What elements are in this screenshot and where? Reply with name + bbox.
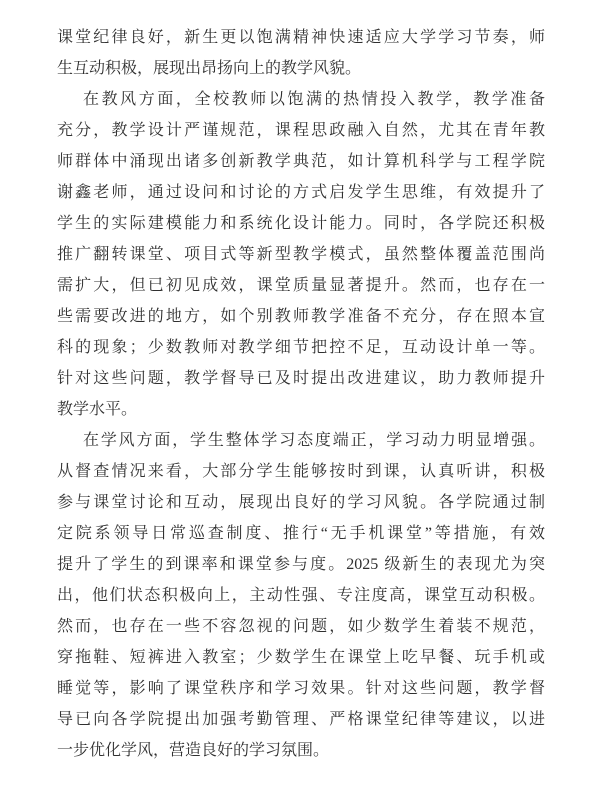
text-line: 学生的实际建模能力和系统化设计能力。同时，各学院还积极 xyxy=(57,208,545,239)
text-line: 生互动积极，展现出昂扬向上的教学风貌。 xyxy=(57,53,545,84)
paragraph: 在教风方面，全校教师以饱满的热情投入教学，教学准备充分，教学设计严谨规范，课程思… xyxy=(57,84,545,425)
text-line: 推广翻转课堂、项目式等新型教学模式，虽然整体覆盖范围尚 xyxy=(57,239,545,270)
text-line: 出，他们状态积极向上，主动性强、专注度高，课堂互动积极。 xyxy=(57,580,545,611)
text-line: 谢鑫老师，通过设问和讨论的方式启发学生思维，有效提升了 xyxy=(57,177,545,208)
text-line: 教学水平。 xyxy=(57,394,545,425)
text-line: 在学风方面，学生整体学习态度端正，学习动力明显增强。 xyxy=(57,425,545,456)
text-line: 提升了学生的到课率和课堂参与度。2025 级新生的表现尤为突 xyxy=(57,549,545,580)
text-line: 参与课堂讨论和互动，展现出良好的学习风貌。各学院通过制 xyxy=(57,487,545,518)
text-line: 充分，教学设计严谨规范，课程思政融入自然，尤其在青年教 xyxy=(57,115,545,146)
text-line: 师群体中涌现出诸多创新教学典范，如计算机科学与工程学院 xyxy=(57,146,545,177)
text-line: 定院系领导日常巡查制度、推行“无手机课堂”等措施，有效 xyxy=(57,518,545,549)
text-line: 一步优化学风，营造良好的学习氛围。 xyxy=(57,735,545,766)
text-line: 然而，也存在一些不容忽视的问题，如少数学生着装不规范， xyxy=(57,611,545,642)
paragraph: 课堂纪律良好，新生更以饱满精神快速适应大学学习节奏，师生互动积极，展现出昂扬向上… xyxy=(57,22,545,84)
text-line: 睡觉等，影响了课堂秩序和学习效果。针对这些问题，教学督 xyxy=(57,673,545,704)
document-text: 课堂纪律良好，新生更以饱满精神快速适应大学学习节奏，师生互动积极，展现出昂扬向上… xyxy=(57,22,545,766)
text-line: 从督查情况来看，大部分学生能够按时到课，认真听讲，积极 xyxy=(57,456,545,487)
text-line: 在教风方面，全校教师以饱满的热情投入教学，教学准备 xyxy=(57,84,545,115)
text-line: 些需要改进的地方，如个别教师教学准备不充分，存在照本宣 xyxy=(57,301,545,332)
text-line: 科的现象；少数教师对教学细节把控不足，互动设计单一等。 xyxy=(57,332,545,363)
text-line: 针对这些问题，教学督导已及时提出改进建议，助力教师提升 xyxy=(57,363,545,394)
paragraph: 在学风方面，学生整体学习态度端正，学习动力明显增强。从督查情况来看，大部分学生能… xyxy=(57,425,545,766)
text-line: 需扩大，但已初见成效，课堂质量显著提升。然而，也存在一 xyxy=(57,270,545,301)
document-page: 课堂纪律良好，新生更以饱满精神快速适应大学学习节奏，师生互动积极，展现出昂扬向上… xyxy=(0,0,600,793)
text-line: 穿拖鞋、短裤进入教室；少数学生在课堂上吃早餐、玩手机或 xyxy=(57,642,545,673)
text-line: 导已向各学院提出加强考勤管理、严格课堂纪律等建议，以进 xyxy=(57,704,545,735)
text-line: 课堂纪律良好，新生更以饱满精神快速适应大学学习节奏，师 xyxy=(57,22,545,53)
